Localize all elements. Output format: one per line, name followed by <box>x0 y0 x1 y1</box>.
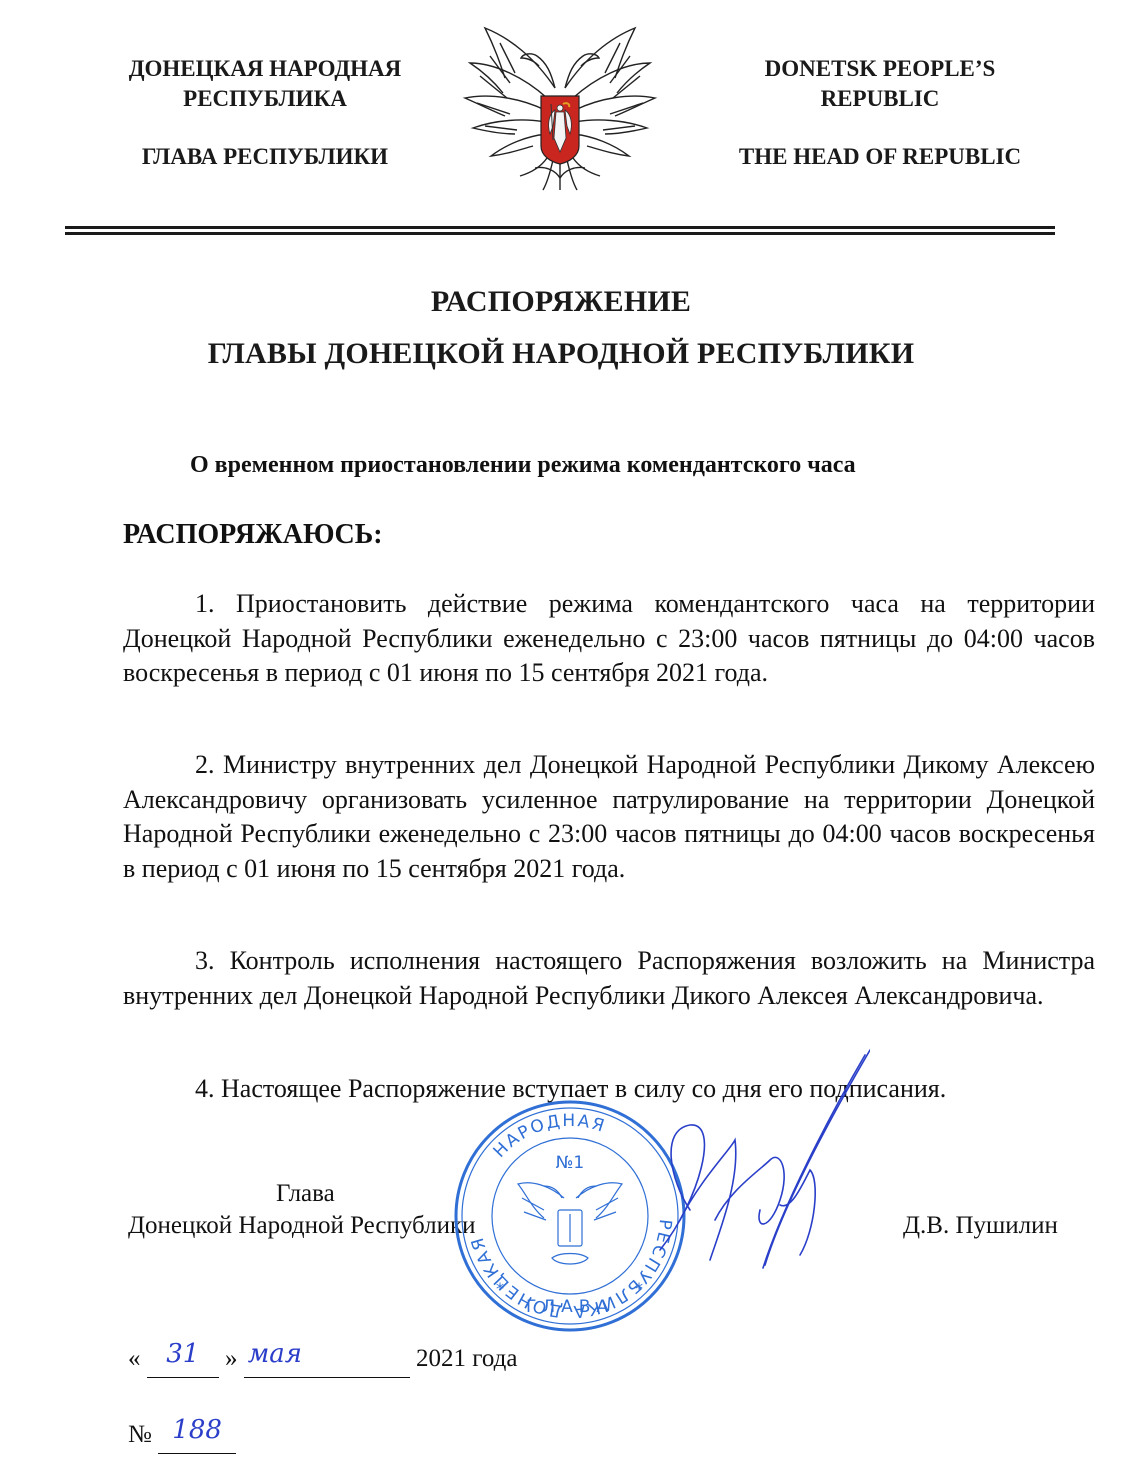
number-label: № <box>128 1421 152 1448</box>
decree-item-1: 1. Приостановить действие режима коменда… <box>123 587 1095 691</box>
coat-of-arms-icon <box>455 18 665 193</box>
svg-text:*: * <box>496 1279 504 1298</box>
header-divider-bottom <box>65 232 1055 235</box>
svg-text:№1: №1 <box>556 1153 585 1173</box>
date-day-handwritten: 31 <box>166 1339 199 1369</box>
header-left-line1: ДОНЕЦКАЯ НАРОДНАЯ <box>85 54 445 84</box>
document-type-title: РАСПОРЯЖЕНИЕ <box>0 285 1122 319</box>
item-number: 1. <box>195 589 215 618</box>
date-month-handwritten: мая <box>248 1339 302 1369</box>
date-year: 2021 года <box>416 1345 517 1372</box>
signatory-position-line1: Глава <box>276 1178 335 1210</box>
item-text: Контроль исполнения настоящего Распоряже… <box>123 946 1095 1010</box>
decree-heading: РАСПОРЯЖАЮСЬ: <box>123 519 383 551</box>
header-divider-top <box>65 226 1055 229</box>
item-text: Приостановить действие режима комендантс… <box>123 589 1095 687</box>
decree-item-2: 2. Министру внутренних дел Донецкой Наро… <box>123 748 1095 886</box>
item-number: 4. <box>195 1074 215 1103</box>
header-left-org: ДОНЕЦКАЯ НАРОДНАЯ РЕСПУБЛИКА <box>85 54 445 114</box>
date-line: « 31 » мая 2021 года <box>128 1342 517 1376</box>
header-right-line1: DONETSK PEOPLE’S <box>700 54 1060 84</box>
header-right-line2: REPUBLIC <box>700 84 1060 114</box>
header-left-line2: РЕСПУБЛИКА <box>85 84 445 114</box>
item-number: 2. <box>195 750 215 779</box>
document-issuer-title: ГЛАВЫ ДОНЕЦКОЙ НАРОДНОЙ РЕСПУБЛИКИ <box>0 337 1122 371</box>
date-close-quote: » <box>225 1345 238 1372</box>
header-right-sub: THE HEAD OF REPUBLIC <box>700 142 1060 172</box>
item-text: Министру внутренних дел Донецкой Народно… <box>123 750 1095 883</box>
item-number: 3. <box>195 946 215 975</box>
document-number-line: № 188 <box>128 1418 236 1452</box>
svg-text:НАРОДНАЯ: НАРОДНАЯ <box>490 1111 609 1162</box>
header-left-sub: ГЛАВА РЕСПУБЛИКИ <box>85 142 445 172</box>
date-open-quote: « <box>128 1345 141 1372</box>
svg-text:ГЛАВА: ГЛАВА <box>526 1297 614 1317</box>
number-value-handwritten: 188 <box>172 1415 222 1445</box>
signatory-position-line2: Донецкой Народной Республики <box>128 1210 476 1242</box>
document-subject: О временном приостановлении режима комен… <box>190 452 856 479</box>
handwritten-signature-icon <box>640 1030 870 1270</box>
signatory-name: Д.В. Пушилин <box>903 1210 1058 1242</box>
decree-item-3: 3. Контроль исполнения настоящего Распор… <box>123 944 1095 1013</box>
svg-text:*: * <box>635 1279 643 1298</box>
header-right-org: DONETSK PEOPLE’S REPUBLIC <box>700 54 1060 114</box>
